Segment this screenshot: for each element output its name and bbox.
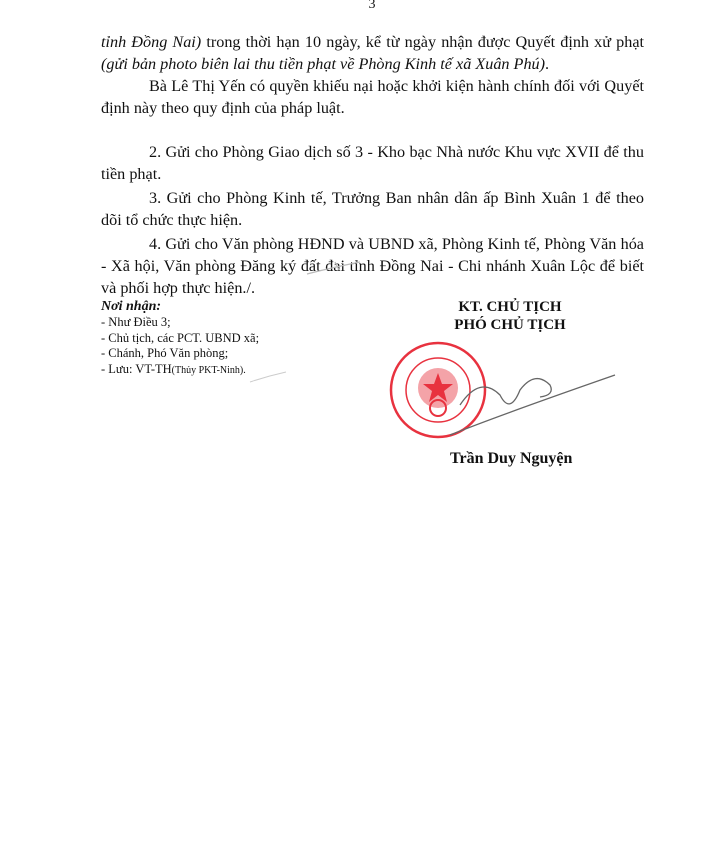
initial-mark-icon	[248, 370, 288, 384]
paragraph-item-3: 3. Gửi cho Phòng Kinh tế, Trưởng Ban nhâ…	[101, 187, 644, 231]
signature-title-1: KT. CHỦ TỊCH	[420, 298, 600, 316]
signature-title-2: PHÓ CHỦ TỊCH	[420, 316, 600, 334]
recipient-item: - Như Điều 3;	[101, 315, 259, 331]
archive-label: - Lưu: VT-TH	[101, 362, 172, 376]
paragraph-text: trong thời hạn 10 ngày, kể từ ngày nhận …	[201, 33, 644, 51]
recipients-title: Nơi nhận:	[101, 298, 259, 315]
paragraph-tail: .	[545, 55, 549, 73]
signature-icon	[440, 355, 620, 445]
paragraph-appeal-rights: Bà Lê Thị Yến có quyền khiếu nại hoặc kh…	[101, 75, 644, 119]
recipient-archive: - Lưu: VT-TH(Thủy PKT-Ninh).	[101, 362, 259, 379]
recipients-block: Nơi nhận: - Như Điều 3; - Chủ tịch, các …	[101, 298, 259, 378]
italic-note: (gửi bản photo biên lai thu tiền phạt về…	[101, 55, 545, 73]
italic-lead: tỉnh Đồng Nai)	[101, 33, 201, 51]
recipient-item: - Chủ tịch, các PCT. UBND xã;	[101, 331, 259, 347]
paragraph-item-2: 2. Gửi cho Phòng Giao dịch số 3 - Kho bạ…	[101, 141, 644, 185]
recipient-item: - Chánh, Phó Văn phòng;	[101, 346, 259, 362]
initial-mark-icon	[305, 258, 365, 278]
archive-note: (Thủy PKT-Ninh).	[172, 365, 246, 376]
signer-name: Trần Duy Nguyện	[450, 450, 572, 468]
page-number: 3	[0, 0, 712, 13]
paragraph-deadline: tỉnh Đồng Nai) trong thời hạn 10 ngày, k…	[101, 31, 644, 75]
signature-block: KT. CHỦ TỊCH PHÓ CHỦ TỊCH	[420, 298, 600, 334]
paragraph-item-4: 4. Gửi cho Văn phòng HĐND và UBND xã, Ph…	[101, 233, 644, 299]
